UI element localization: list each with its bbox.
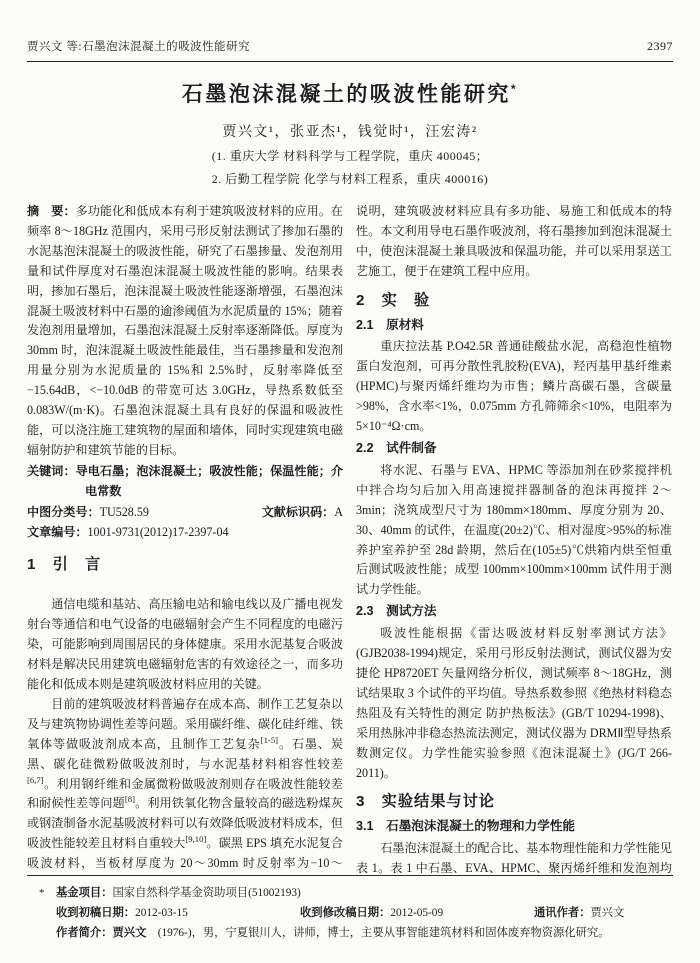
footnote-block: *基金项目：国家自然科学基金资助项目(51002193) 收到初稿日期：2012… (27, 875, 673, 943)
right-column: 说明，建筑吸波材料应具有多功能、易施工和低成本的特性。本文利用导电石墨作吸波剂，… (356, 202, 672, 875)
author-bio-label: 作者简介： (56, 927, 113, 939)
clc-value: TU528.59 (100, 505, 149, 519)
left-column: 摘 要：多功能化和低成本有利于建筑吸波材料的应用。在频率 8～18GHz 范围内… (27, 202, 343, 875)
abstract-text: 多功能化和低成本有利于建筑吸波材料的应用。在频率 8～18GHz 范围内，采用弓… (27, 204, 343, 457)
authors-line: 贾兴文¹，张亚杰¹，钱觉时¹，汪宏涛² (27, 121, 673, 141)
author-bio-line: 作者简介：贾兴文 (1976-)，男，宁夏银川人，讲师，博士，主要从事智能建筑材… (27, 923, 673, 943)
article-id-label: 文章编号： (27, 525, 87, 539)
revised-date-group: 收到修改稿日期：2012-05-09 (300, 903, 534, 923)
classification-line: 中图分类号：TU528.59 文献标识码：A (27, 503, 343, 523)
corresponding-author-group: 通讯作者：贾兴文 (534, 903, 624, 923)
abstract-block: 摘 要：多功能化和低成本有利于建筑吸波材料的应用。在频率 8～18GHz 范围内… (27, 202, 343, 461)
affiliation-line-1: (1. 重庆大学 材料科学与工程学院，重庆 400045； (27, 148, 673, 165)
title-footnote-mark: * (511, 82, 518, 96)
fund-project-value: 国家自然科学基金资助项目(51002193) (113, 887, 301, 899)
dates-line: 收到初稿日期：2012-03-15 收到修改稿日期：2012-05-09 通讯作… (27, 903, 673, 923)
affiliation-line-2: 2. 后勤工程学院 化学与材料工程系，重庆 400016) (27, 171, 673, 188)
author-bio-name: 贾兴文 (113, 927, 147, 939)
running-title: 贾兴文 等:石墨泡沫混凝土的吸波性能研究 (27, 38, 250, 54)
paper-title: 石墨泡沫混凝土的吸波性能研究* (27, 82, 673, 108)
section-2-1-heading: 2.1 原材料 (356, 316, 672, 336)
corresponding-author-value: 贾兴文 (591, 907, 625, 919)
doc-code-label: 文献标识码： (262, 505, 335, 519)
page-header: 贾兴文 等:石墨泡沫混凝土的吸波性能研究 2397 (27, 38, 673, 62)
revised-date-value: 2012-05-09 (390, 907, 443, 919)
received-date-group: 收到初稿日期：2012-03-15 (56, 903, 300, 923)
intro-continuation-paragraph: 说明，建筑吸波材料应具有多功能、易施工和低成本的特性。本文利用导电石墨作吸波剂，… (356, 202, 672, 282)
article-id-line: 文章编号：1001-9731(2012)17-2397-04 (27, 523, 343, 543)
paper-page: 贾兴文 等:石墨泡沫混凝土的吸波性能研究 2397 石墨泡沫混凝土的吸波性能研究… (0, 0, 700, 963)
section-2-2-heading: 2.2 试件制备 (356, 439, 672, 459)
footnote-rule (27, 875, 673, 876)
fund-project-line: *基金项目：国家自然科学基金资助项目(51002193) (27, 883, 673, 903)
intro-paragraph-1: 通信电缆和基站、高压输电站和输电线以及广播电视发射台等通信和电气设备的电磁辐射会… (27, 595, 343, 695)
received-date-label: 收到初稿日期： (56, 907, 135, 919)
section-1-heading: 1 引 言 (27, 555, 343, 575)
section-3-heading: 3 实验结果与讨论 (356, 792, 672, 812)
abstract-label: 摘 要： (27, 204, 76, 218)
section-3-1-heading: 3.1 石墨泡沫混凝土的物理和力学性能 (356, 817, 672, 837)
section-2-heading: 2 实 验 (356, 291, 672, 311)
corresponding-author-label: 通讯作者： (534, 907, 591, 919)
intro-paragraph-2: 目前的建筑吸波材料普遍存在成本高、制作工艺复杂以及与建筑物协调性差等问题。采用碳… (27, 695, 343, 875)
doc-code-group: 文献标识码：A (262, 503, 343, 523)
raw-materials-paragraph: 重庆拉法基 P.O42.5R 普通硅酸盐水泥，高稳泡性植物蛋白发泡剂，可再分散性… (356, 337, 672, 437)
keywords-label: 关键词： (27, 464, 76, 478)
doc-code-value: A (334, 505, 343, 519)
section-2-3-heading: 2.3 测试方法 (356, 602, 672, 622)
keywords-block: 关键词：导电石墨；泡沫混凝土；吸波性能；保温性能；介电常数 (27, 462, 343, 502)
footnote-star-mark: * (39, 883, 56, 903)
clc-label: 中图分类号： (27, 505, 100, 519)
specimen-preparation-paragraph: 将水泥、石墨与 EVA、HPMC 等添加剂在砂浆搅拌机中拌合均匀后加入用高速搅拌… (356, 461, 672, 600)
keywords-text: 导电石墨；泡沫混凝土；吸波性能；保温性能；介电常数 (76, 464, 343, 498)
test-method-paragraph: 吸波性能根据《雷达吸波材料反射率测试方法》(GJB2038-1994)规定，采用… (356, 624, 672, 783)
revised-date-label: 收到修改稿日期： (300, 907, 390, 919)
article-id-value: 1001-9731(2012)17-2397-04 (87, 525, 228, 539)
author-bio-text: (1976-)，男，宁夏银川人，讲师，博士，主要从事智能建筑材料和固体废弃物资源… (146, 927, 609, 939)
paper-title-text: 石墨泡沫混凝土的吸波性能研究 (182, 83, 511, 106)
fund-project-label: 基金项目： (56, 887, 113, 899)
page-number: 2397 (647, 39, 673, 54)
clc-group: 中图分类号：TU528.59 (27, 503, 149, 523)
two-column-body: 摘 要：多功能化和低成本有利于建筑吸波材料的应用。在频率 8～18GHz 范围内… (27, 202, 673, 875)
results-paragraph: 石墨泡沫混凝土的配合比、基本物理性能和力学性能见表 1。表 1 中石墨、EVA、… (356, 839, 672, 875)
received-date-value: 2012-03-15 (135, 907, 188, 919)
